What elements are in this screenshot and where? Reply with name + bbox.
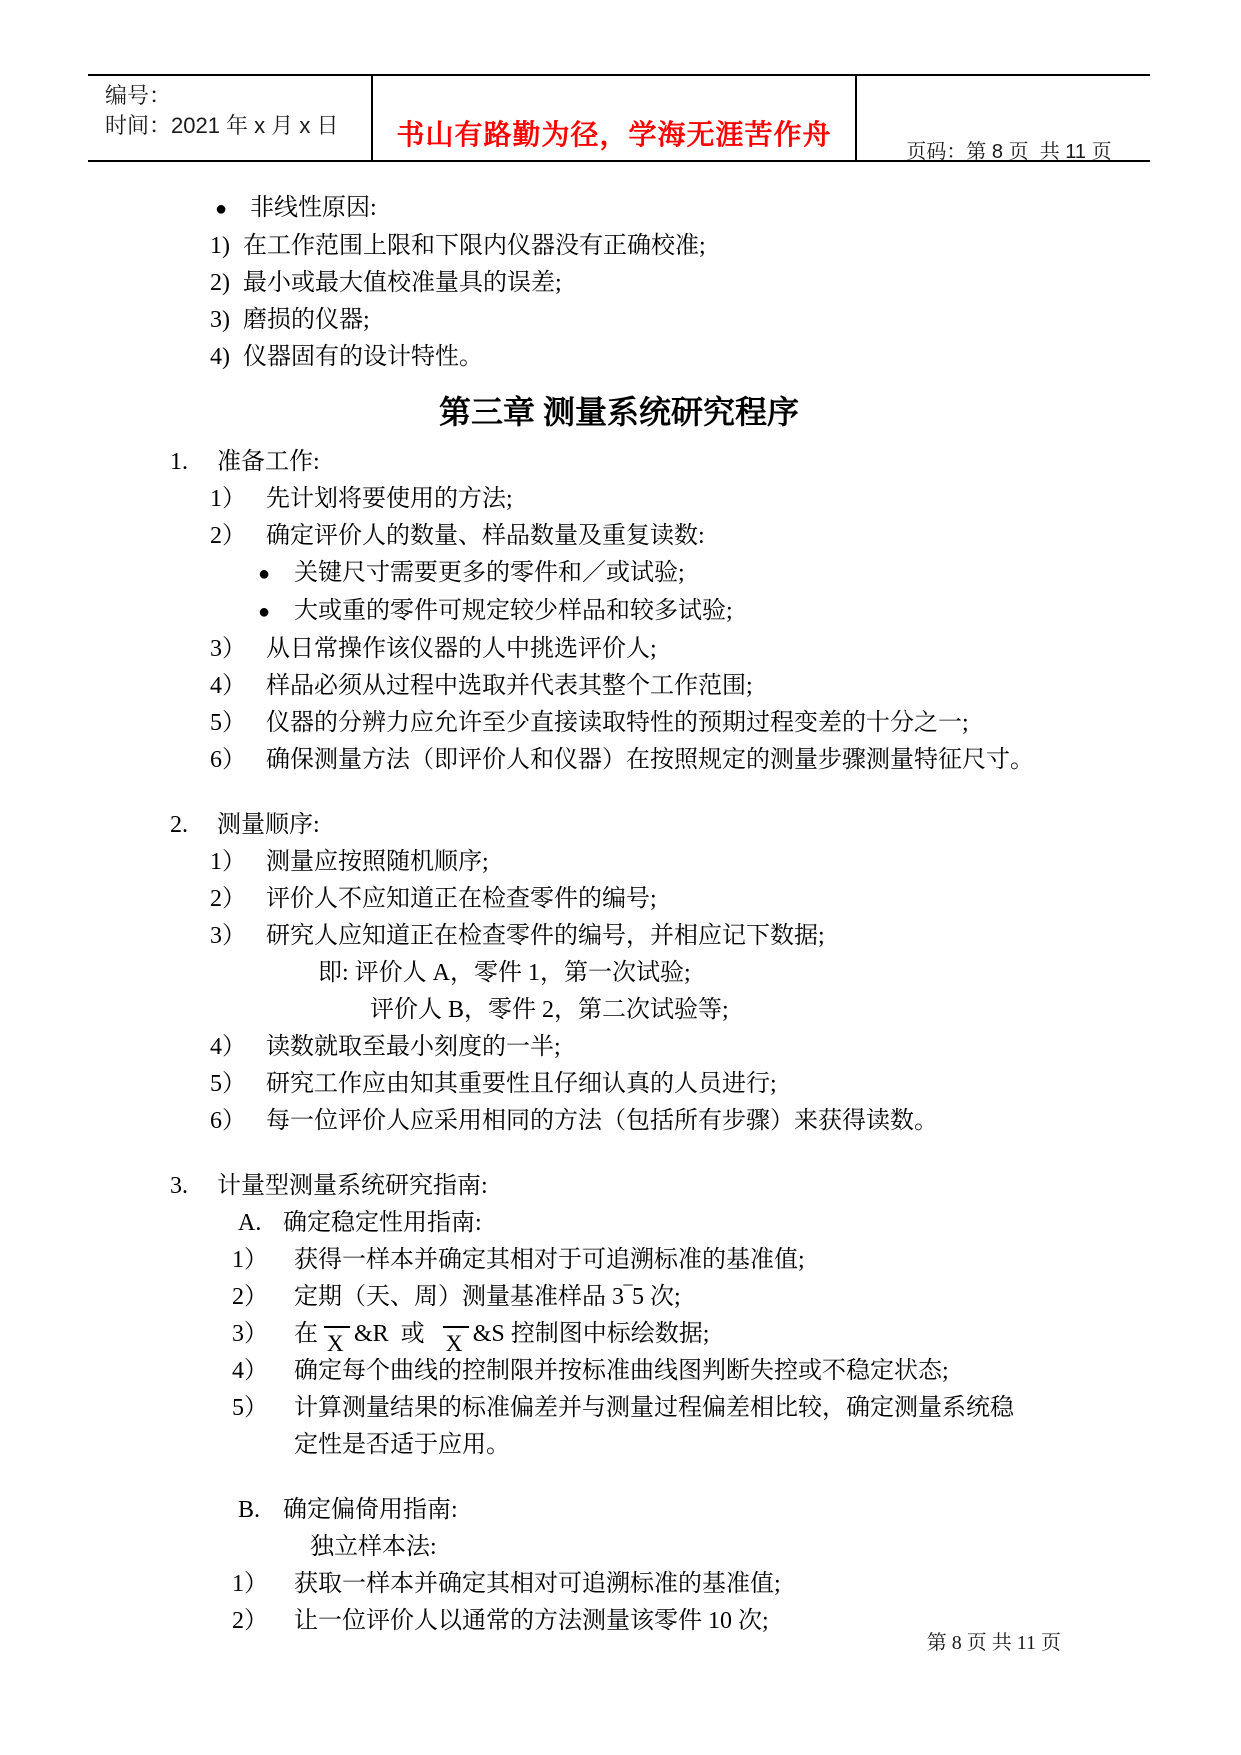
- list-item-text: 在工作范围上限和下限内仪器没有正确校准;: [243, 233, 706, 259]
- item-number: 1）: [232, 1242, 294, 1279]
- list-item-text: 计算测量结果的标准偏差并与测量过程偏差相比较，确定测量系统稳: [294, 1395, 1014, 1421]
- list-item: 5）仪器的分辨力应允许至少直接读取特性的预期过程变差的十分之一;: [0, 705, 1241, 742]
- section-title-text: 准备工作:: [217, 449, 320, 475]
- section-title: 3.计量型测量系统研究指南:: [0, 1168, 1241, 1205]
- chapter-heading: 第三章 测量系统研究程序: [88, 390, 1150, 434]
- item-number: 3）: [210, 918, 266, 955]
- list-item-text: 读数就取至最小刻度的一半;: [266, 1034, 561, 1060]
- list-item-text: 非线性原因:: [250, 195, 377, 221]
- bullet-icon: ●: [215, 191, 250, 228]
- subsection-title: B.确定偏倚用指南:: [0, 1492, 1241, 1529]
- document-body: ●非线性原因: 1)在工作范围上限和下限内仪器没有正确校准; 2)最小或最大值校…: [0, 190, 1241, 1640]
- list-item: 1)在工作范围上限和下限内仪器没有正确校准;: [0, 228, 1241, 265]
- list-item-text: 研究人应知道正在检查零件的编号，并相应记下数据;: [266, 923, 825, 949]
- list-item: ●大或重的零件可规定较少样品和较多试验;: [0, 593, 1241, 631]
- bullet-icon: ●: [258, 556, 294, 593]
- example-line: 评价人 B，零件 2，第二次试验等;: [0, 992, 1241, 1029]
- list-item: 3）从日常操作该仪器的人中挑选评价人;: [0, 631, 1241, 668]
- list-item: 1）获得一样本并确定其相对于可追溯标准的基准值;: [0, 1242, 1241, 1279]
- subsection-letter: A.: [238, 1205, 283, 1242]
- item-number: 4): [210, 339, 243, 376]
- header-motto-cell: 书山有路勤为径，学海无涯苦作舟: [371, 76, 857, 160]
- list-item-text: 确定每个曲线的控制限并按标准曲线图判断失控或不稳定状态;: [294, 1358, 949, 1384]
- list-item: 4）读数就取至最小刻度的一半;: [0, 1029, 1241, 1066]
- item-number: 1）: [210, 844, 266, 881]
- list-item-text: 获得一样本并确定其相对于可追溯标准的基准值;: [294, 1247, 805, 1273]
- list-item-text: 确定评价人的数量、样品数量及重复读数:: [266, 523, 705, 549]
- list-item: ●关键尺寸需要更多的零件和／或试验;: [0, 555, 1241, 593]
- list-item-continuation: 定性是否适于应用。: [0, 1427, 1241, 1464]
- item-number: 3）: [210, 631, 266, 668]
- list-item: 1）测量应按照随机顺序;: [0, 844, 1241, 881]
- item-number: 5）: [210, 1066, 266, 1103]
- xbar-letter: X: [327, 1332, 344, 1356]
- list-item: 5）研究工作应由知其重要性且仔细认真的人员进行;: [0, 1066, 1241, 1103]
- item-number: 5）: [232, 1390, 294, 1427]
- section-number: 3.: [170, 1168, 217, 1205]
- xbar-overline: [324, 1326, 350, 1328]
- item-number: 4）: [232, 1353, 294, 1390]
- list-item: 3)磨损的仪器;: [0, 302, 1241, 339]
- subsection-title-text: 确定稳定性用指南:: [283, 1210, 482, 1236]
- list-item: 4)仪器固有的设计特性。: [0, 339, 1241, 376]
- list-item-text: &S 控制图中标绘数据;: [473, 1321, 710, 1347]
- list-item: 2）确定评价人的数量、样品数量及重复读数:: [0, 518, 1241, 555]
- list-item-text: 定期（天、周）测量基准样品 3‾5 次;: [294, 1284, 681, 1310]
- section-title-text: 测量顺序:: [217, 812, 320, 838]
- list-item-text: 评价人不应知道正在检查零件的编号;: [266, 886, 657, 912]
- list-item-text: 从日常操作该仪器的人中挑选评价人;: [266, 636, 657, 662]
- list-item-text: 大或重的零件可规定较少样品和较多试验;: [294, 598, 733, 624]
- section-number: 2.: [170, 807, 217, 844]
- list-item-text: 样品必须从过程中选取并代表其整个工作范围;: [266, 673, 753, 699]
- list-item: ●非线性原因:: [0, 190, 1241, 228]
- header-table: 编号： 时间：2021 年 x 月 x 日 书山有路勤为径，学海无涯苦作舟 页码…: [88, 74, 1150, 162]
- subsection-title: A.确定稳定性用指南:: [0, 1205, 1241, 1242]
- list-item: 4）确定每个曲线的控制限并按标准曲线图判断失控或不稳定状态;: [0, 1353, 1241, 1390]
- list-item: 2）定期（天、周）测量基准样品 3‾5 次;: [0, 1279, 1241, 1316]
- item-number: 2): [210, 265, 243, 302]
- header-page-cell: 页码：第 8 页 共 11 页: [857, 76, 1150, 160]
- subsection-title-text: 确定偏倚用指南:: [283, 1497, 458, 1523]
- doc-number-label: 编号：: [105, 81, 371, 111]
- list-item: 1）获取一样本并确定其相对可追溯标准的基准值;: [0, 1566, 1241, 1603]
- item-number: 2）: [210, 881, 266, 918]
- item-number: 6）: [210, 1103, 266, 1140]
- list-item-xbar: 3）在 X&R 或 X&S 控制图中标绘数据;: [0, 1316, 1241, 1353]
- item-number: 1）: [210, 481, 266, 518]
- subsection-subtitle: 独立样本法:: [0, 1529, 1241, 1566]
- section-title: 2.测量顺序:: [0, 807, 1241, 844]
- xbar-letter: X: [446, 1332, 463, 1356]
- list-item: 5）计算测量结果的标准偏差并与测量过程偏差相比较，确定测量系统稳: [0, 1390, 1241, 1427]
- xbar-symbol: X: [443, 1317, 473, 1343]
- item-number: 1): [210, 228, 243, 265]
- list-item: 6）每一位评价人应采用相同的方法（包括所有步骤）来获得读数。: [0, 1103, 1241, 1140]
- section-number: 1.: [170, 444, 217, 481]
- list-item-text: 每一位评价人应采用相同的方法（包括所有步骤）来获得读数。: [266, 1108, 938, 1134]
- list-item: 1）先计划将要使用的方法;: [0, 481, 1241, 518]
- list-item: 4）样品必须从过程中选取并代表其整个工作范围;: [0, 668, 1241, 705]
- page-info-label: 页码：第 8 页 共 11 页: [906, 141, 1111, 163]
- list-item-text: 确保测量方法（即评价人和仪器）在按照规定的测量步骤测量特征尺寸。: [266, 747, 1034, 773]
- motto-text: 书山有路勤为径，学海无涯苦作舟: [396, 113, 831, 153]
- list-item-text: 在: [294, 1321, 324, 1347]
- list-item-text: 仪器的分辨力应允许至少直接读取特性的预期过程变差的十分之一;: [266, 710, 969, 736]
- item-number: 5）: [210, 705, 266, 742]
- doc-date-label: 时间：2021 年 x 月 x 日: [105, 111, 371, 141]
- list-item-text: 最小或最大值校准量具的误差;: [243, 270, 562, 296]
- document-page: 编号： 时间：2021 年 x 月 x 日 书山有路勤为径，学海无涯苦作舟 页码…: [0, 0, 1241, 1755]
- list-item-text: 仪器固有的设计特性。: [243, 344, 483, 370]
- item-number: 2）: [210, 518, 266, 555]
- item-number: 2）: [232, 1279, 294, 1316]
- list-item-text: 测量应按照随机顺序;: [266, 849, 489, 875]
- list-item: 2）评价人不应知道正在检查零件的编号;: [0, 881, 1241, 918]
- subsection-letter: B.: [238, 1492, 283, 1529]
- list-item: 2)最小或最大值校准量具的误差;: [0, 265, 1241, 302]
- item-number: 3）: [232, 1316, 294, 1353]
- list-item-text: 获取一样本并确定其相对可追溯标准的基准值;: [294, 1571, 781, 1597]
- list-item-text: 先计划将要使用的方法;: [266, 486, 513, 512]
- bullet-icon: ●: [258, 594, 294, 631]
- header-left-cell: 编号： 时间：2021 年 x 月 x 日: [88, 76, 371, 160]
- item-number: 6）: [210, 742, 266, 779]
- footer-page-number: 第 8 页 共 11 页: [0, 1626, 1061, 1655]
- list-item: 6）确保测量方法（即评价人和仪器）在按照规定的测量步骤测量特征尺寸。: [0, 742, 1241, 779]
- item-number: 3): [210, 302, 243, 339]
- list-item-text: &R 或: [354, 1321, 443, 1347]
- section-title-text: 计量型测量系统研究指南:: [217, 1173, 488, 1199]
- xbar-symbol: X: [324, 1317, 354, 1343]
- list-item-text: 研究工作应由知其重要性且仔细认真的人员进行;: [266, 1071, 777, 1097]
- xbar-overline: [443, 1326, 469, 1328]
- list-item-text: 关键尺寸需要更多的零件和／或试验;: [294, 560, 685, 586]
- item-number: 1）: [232, 1566, 294, 1603]
- item-number: 4）: [210, 668, 266, 705]
- example-line: 即: 评价人 A，零件 1，第一次试验;: [0, 955, 1241, 992]
- section-title: 1.准备工作:: [0, 444, 1241, 481]
- item-number: 4）: [210, 1029, 266, 1066]
- list-item-text: 磨损的仪器;: [243, 307, 370, 333]
- list-item: 3）研究人应知道正在检查零件的编号，并相应记下数据;: [0, 918, 1241, 955]
